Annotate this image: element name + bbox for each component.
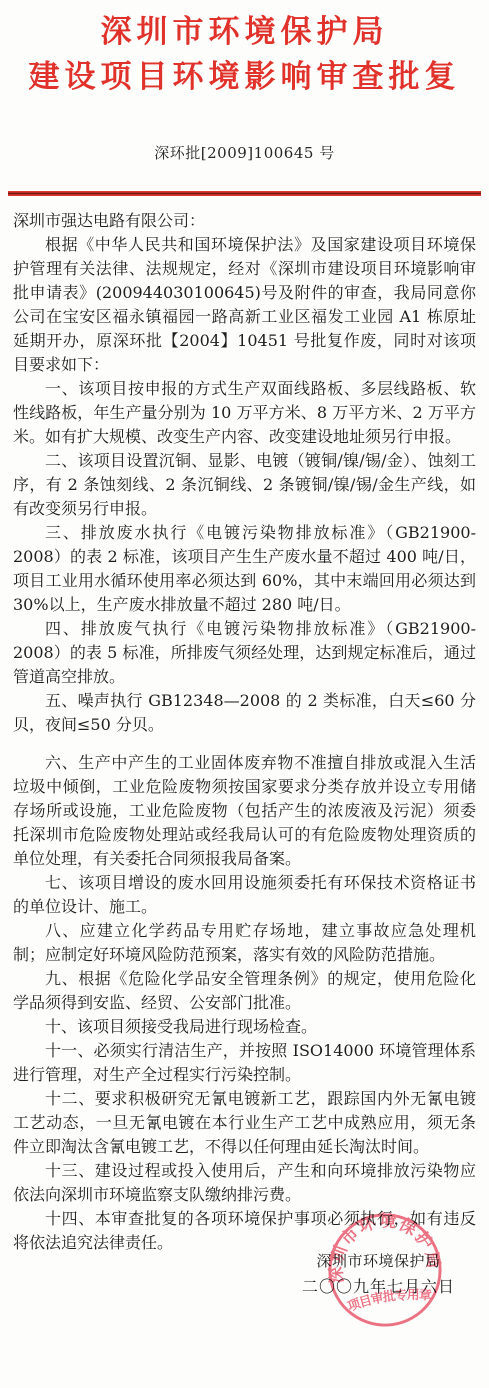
body-paragraph: 根据《中华人民共和国环境保护法》及国家建设项目环境保护管理有关法律、法规规定，经… bbox=[13, 233, 476, 377]
document-title: 深圳市环境保护局 建设项目环境影响审查批复 bbox=[0, 0, 489, 100]
body-paragraph: 十二、要求积极研究无氰电镀新工艺，跟踪国内外无氰电镀工艺动态，一旦无氰电镀在本行… bbox=[13, 1087, 476, 1159]
official-stamp-icon: 深圳市环境保护局 项目审批专用章 bbox=[318, 1203, 451, 1336]
body-paragraph: 七、该项目增设的废水回用设施须委托有环保技术资格证书的单位设计、施工。 bbox=[13, 871, 476, 919]
body-paragraph: 八、应建立化学药品专用贮存场地，建立事故应急处理机制；应制定好环境风险防范预案，… bbox=[13, 919, 476, 967]
body-paragraph: 三、排放废水执行《电镀污染物排放标准》（GB21900-2008）的表 2 标准… bbox=[13, 521, 476, 617]
body-paragraph: 四、排放废气执行《电镀污染物排放标准》（GB21900-2008）的表 5 标准… bbox=[13, 617, 476, 689]
title-line-1: 深圳市环境保护局 bbox=[101, 14, 389, 50]
body-paragraph: 十一、必须实行清洁生产，并按照 ISO14000 环境管理体系进行管理，对生产全… bbox=[13, 1039, 476, 1087]
document-page: 深圳市环境保护局 建设项目环境影响审查批复 深环批[2009]100645 号 … bbox=[0, 0, 489, 1388]
document-number: 深环批[2009]100645 号 bbox=[0, 142, 489, 163]
body-paragraph: 九、根据《危险化学品安全管理条例》的规定，使用危险化学品须得到安监、经贸、公安部… bbox=[13, 967, 476, 1015]
header-divider-rule bbox=[8, 191, 481, 196]
body-paragraph: 六、生产中产生的工业固体废弃物不准擅自排放或混入生活垃圾中倾倒，工业危险废物须按… bbox=[13, 751, 476, 871]
body-paragraph: 十、该项目须接受我局进行现场检查。 bbox=[13, 1015, 476, 1039]
body-paragraph: 二、该项目设置沉铜、显影、电镀（镀铜/镍/锡/金）、蚀刻工序，有 2 条蚀刻线、… bbox=[13, 449, 476, 521]
body-paragraph: 十三、建设过程或投入使用后，产生和向环境排放污染物应依法向深圳市环境监察支队缴纳… bbox=[13, 1159, 476, 1207]
addressee-line: 深圳市强达电路有限公司： bbox=[13, 209, 476, 233]
body-paragraph: 五、噪声执行 GB12348—2008 的 2 类标准，白天≤60 分贝，夜间≤… bbox=[13, 689, 476, 737]
document-body: 深圳市强达电路有限公司： 根据《中华人民共和国环境保护法》及国家建设项目环境保护… bbox=[13, 209, 476, 1255]
body-paragraph: 一、该项目按申报的方式生产双面线路板、多层线路板、软性线路板，年生产量分别为 1… bbox=[13, 377, 476, 449]
title-line-2: 建设项目环境影响审查批复 bbox=[29, 59, 461, 95]
body-paragraphs: 根据《中华人民共和国环境保护法》及国家建设项目环境保护管理有关法律、法规规定，经… bbox=[13, 233, 476, 1255]
